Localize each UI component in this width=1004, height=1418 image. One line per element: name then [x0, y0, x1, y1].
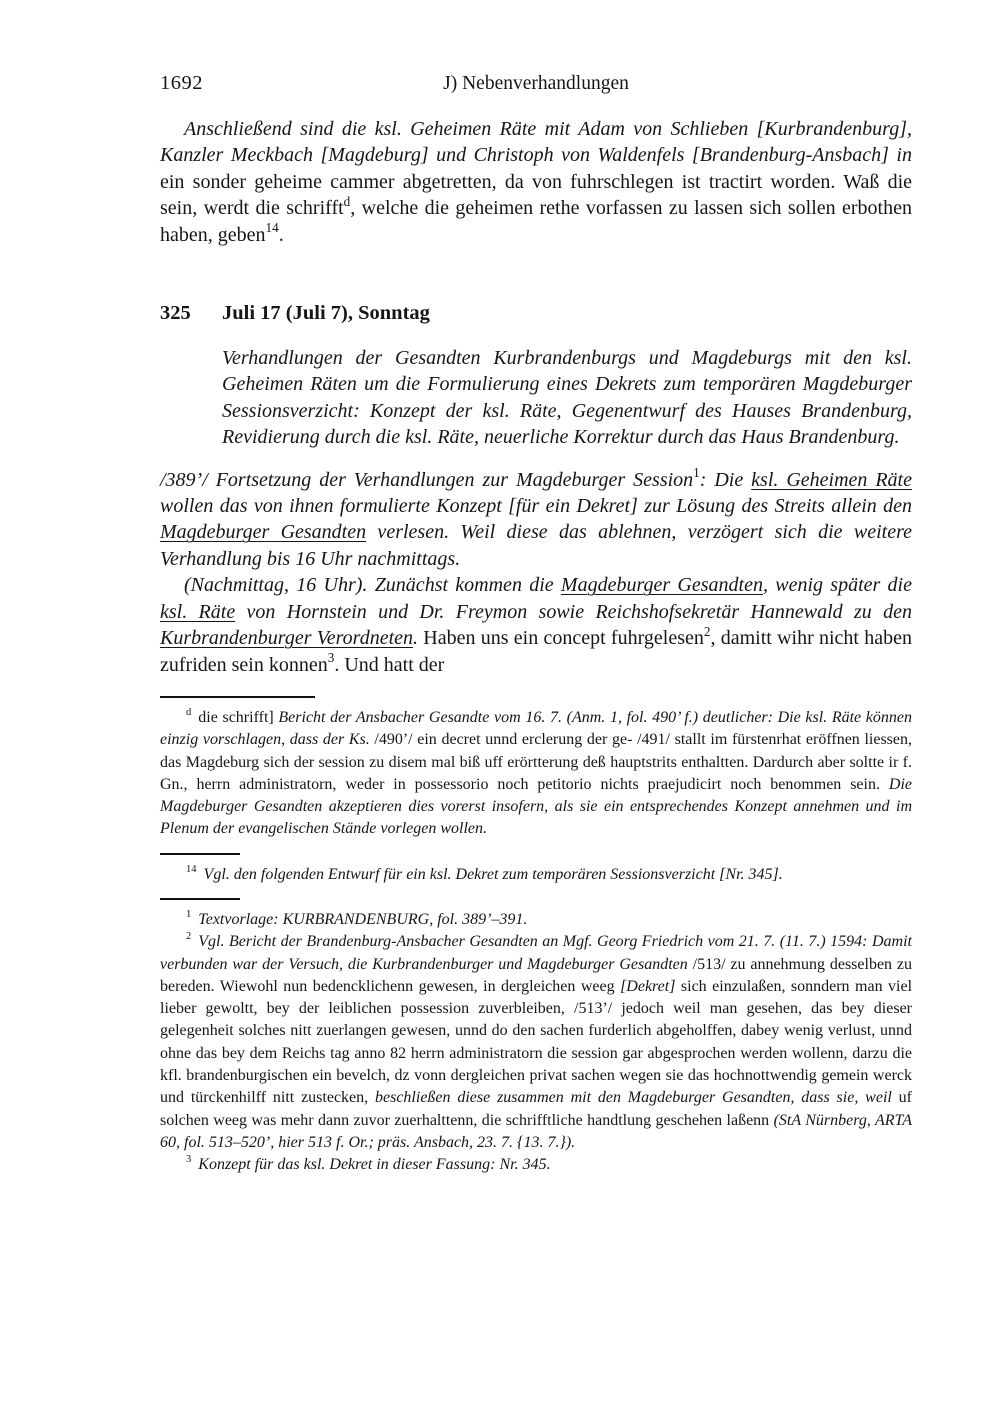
- body-paragraph-1: /389’/ Fortsetzung der Verhandlungen zur…: [160, 467, 912, 573]
- footnote-14: 14Vgl. den folgenden Entwurf für ein ksl…: [160, 864, 912, 886]
- footnote-mark: 14: [186, 864, 197, 875]
- running-head: J) Nebenverhandlungen: [443, 73, 629, 95]
- footnote-2: 2Vgl. Bericht der Brandenburg-Ansbacher …: [160, 931, 912, 1154]
- body-paragraph-2: (Nachmittag, 16 Uhr). Zunächst kommen di…: [160, 572, 912, 678]
- footnote-mark: d: [186, 707, 191, 718]
- page-number: 1692: [160, 72, 203, 95]
- book-page: 1692 J) Nebenverhandlungen Anschließend …: [0, 0, 1004, 1418]
- footnote-separator-upper: [160, 853, 240, 855]
- footnote-3: 3Konzept für das ksl. Dekret in dieser F…: [160, 1154, 912, 1176]
- footnote-text: Konzept für das ksl. Dekret in dieser Fa…: [198, 1156, 550, 1173]
- entry-heading: 325 Juli 17 (Juli 7), Sonntag: [160, 300, 912, 326]
- footnote-text: die schrifft] Bericht der Ansbacher Gesa…: [160, 709, 912, 837]
- footnote-text: Textvorlage: KURBRANDENBURG, fol. 389’–3…: [198, 911, 527, 928]
- footnote-text: Vgl. Bericht der Brandenburg-Ansbacher G…: [160, 933, 912, 1151]
- footnote-d: ddie schrifft] Bericht der Ansbacher Ges…: [160, 707, 912, 841]
- intro-paragraph: Anschließend sind die ksl. Geheimen Räte…: [160, 116, 912, 248]
- page-header: 1692 J) Nebenverhandlungen: [160, 72, 912, 98]
- footnote-mark: 2: [186, 931, 191, 942]
- entry-title: Juli 17 (Juli 7), Sonntag: [222, 300, 430, 326]
- summary-paragraph: Verhandlungen der Gesandten Kurbrandenbu…: [222, 345, 912, 451]
- footnote-mark: 1: [186, 909, 191, 920]
- footnote-1: 1Textvorlage: KURBRANDENBURG, fol. 389’–…: [160, 909, 912, 931]
- footnote-separator-numeric: [160, 898, 240, 900]
- entry-number: 325: [160, 300, 222, 326]
- footnote-text: Vgl. den folgenden Entwurf für ein ksl. …: [204, 866, 783, 883]
- footnote-separator-letters: [160, 696, 315, 698]
- footnote-mark: 3: [186, 1154, 191, 1165]
